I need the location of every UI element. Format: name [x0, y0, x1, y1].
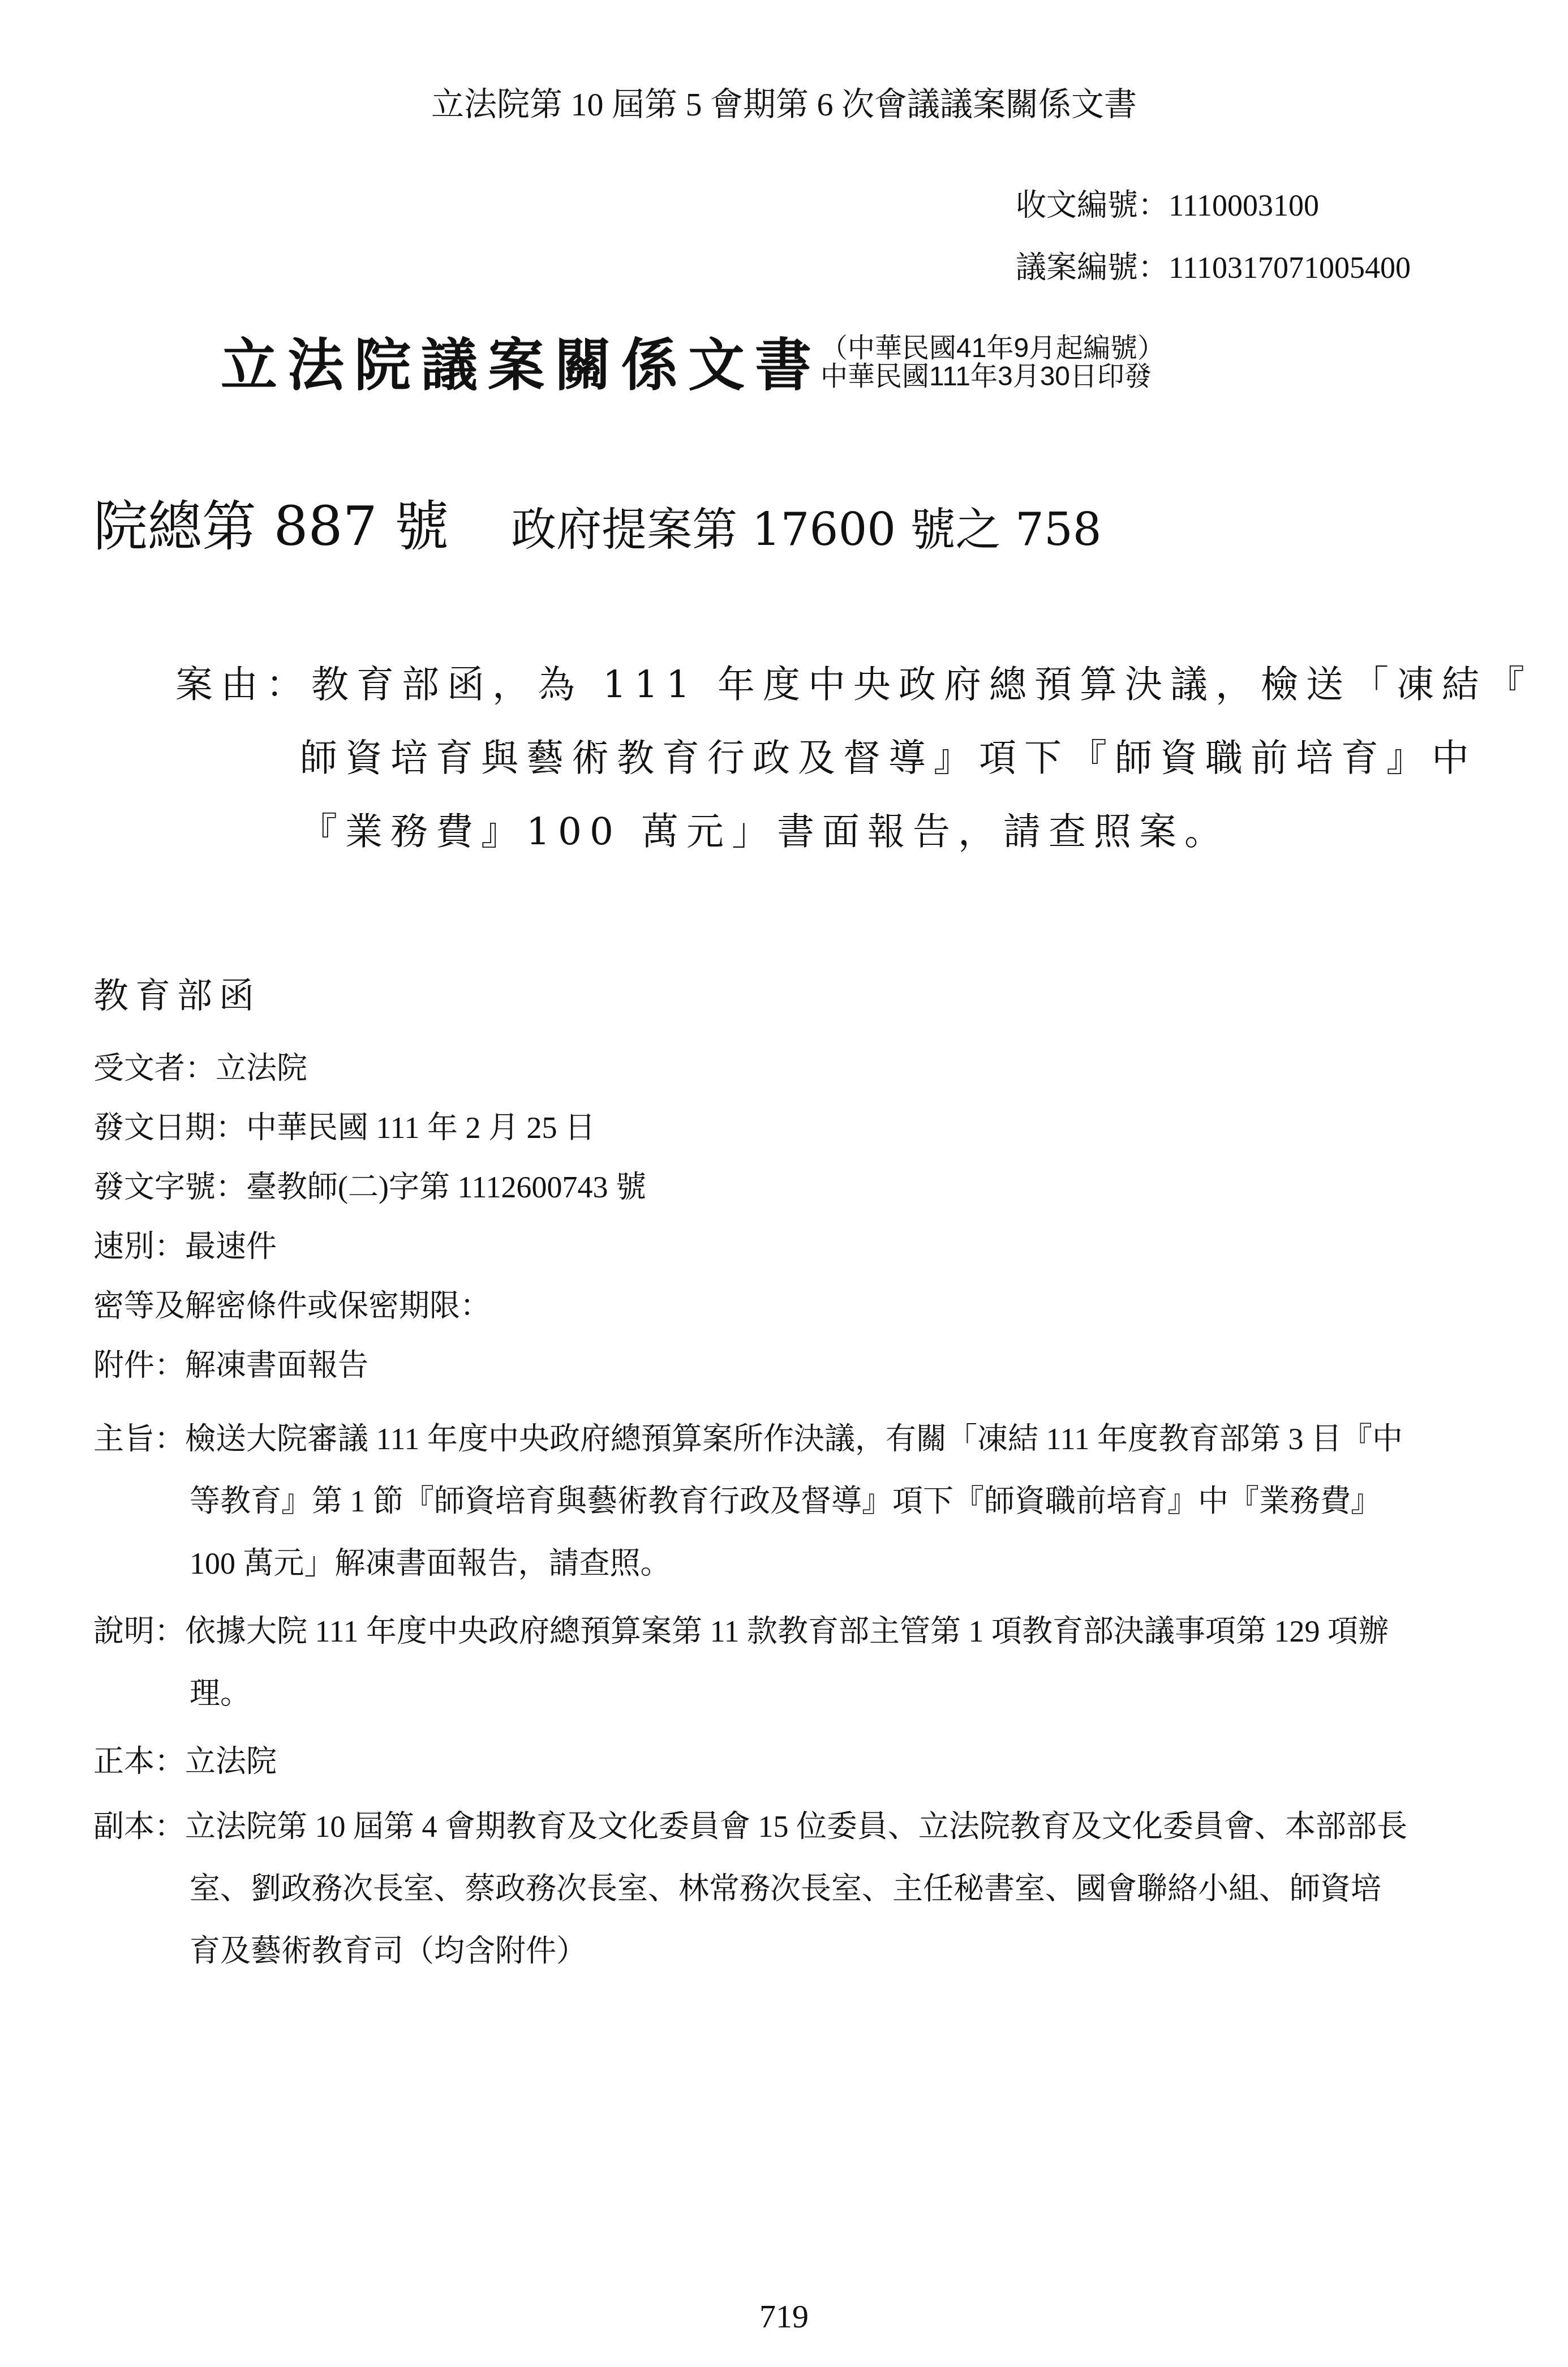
copies-line-1: 副本：立法院第 10 屆第 4 會期教育及文化委員會 15 位委員、立法院教育及… [93, 1808, 1407, 1845]
explanation-line-2: 理。 [190, 1675, 251, 1712]
reason-line-1: 案由：教育部函，為 111 年度中央政府總預算決議，檢送「凍結『 [175, 662, 1532, 707]
attachment-field: 附件：解凍書面報告 [93, 1347, 368, 1384]
house-case-number: 院總第 887 號 [93, 495, 449, 558]
copies-line-2: 室、劉政務次長室、蔡政務次長室、林常務次長室、主任秘書室、國會聯絡小組、師資培 [190, 1870, 1381, 1908]
government-proposal-number: 政府提案第 17600 號之 758 [511, 503, 1101, 556]
original-recipient-field: 正本：立法院 [93, 1743, 277, 1780]
reason-line-3: 『業務費』100 萬元」書面報告，請查照案。 [300, 809, 1230, 854]
numbering-note: （中華民國41年9月起編號） [820, 334, 1165, 363]
receipt-number-label: 收文編號： [1016, 188, 1169, 222]
print-date: 中華民國111年3月30日印發 [820, 362, 1152, 392]
reason-line-2: 師資培育與藝術教育行政及督導』項下『師資職前培育』中 [300, 736, 1477, 781]
copies-line-3: 育及藝術教育司（均含附件） [190, 1932, 587, 1970]
bill-number-value: 1110317071005400 [1169, 251, 1411, 285]
classification-field: 密等及解密條件或保密期限： [93, 1287, 491, 1325]
bill-number-label: 議案編號： [1016, 251, 1169, 285]
subject-line-2: 等教育』第 1 節『師資培育與藝術教育行政及督導』項下『師資職前培育』中『業務費… [190, 1483, 1381, 1520]
letter-heading: 教育部函 [93, 973, 261, 1019]
case-number: 院總第 887 號政府提案第 17600 號之 758 [93, 492, 1102, 564]
issue-date-field: 發文日期：中華民國 111 年 2 月 25 日 [93, 1109, 595, 1146]
receipt-number-value: 1110003100 [1169, 188, 1319, 222]
receipt-number: 收文編號：1110003100 [1016, 187, 1319, 224]
running-header: 立法院第 10 屆第 5 會期第 6 次會議議案關係文書 [0, 85, 1568, 124]
issue-number-field: 發文字號：臺教師(二)字第 1112600743 號 [93, 1169, 646, 1206]
document-title: 立法院議案關係文書 [221, 331, 822, 399]
subject-line-3: 100 萬元」解凍書面報告，請查照。 [190, 1545, 671, 1582]
recipient-field: 受文者：立法院 [93, 1050, 307, 1087]
subject-line-1: 主旨：檢送大院審議 111 年度中央政府總預算案所作決議，有關「凍結 111 年… [93, 1420, 1403, 1458]
page-number: 719 [0, 2297, 1568, 2335]
explanation-line-1: 說明：依據大院 111 年度中央政府總預算案第 11 款教育部主管第 1 項教育… [93, 1613, 1389, 1650]
urgency-field: 速別：最速件 [93, 1228, 277, 1265]
bill-number: 議案編號：1110317071005400 [1016, 249, 1411, 286]
